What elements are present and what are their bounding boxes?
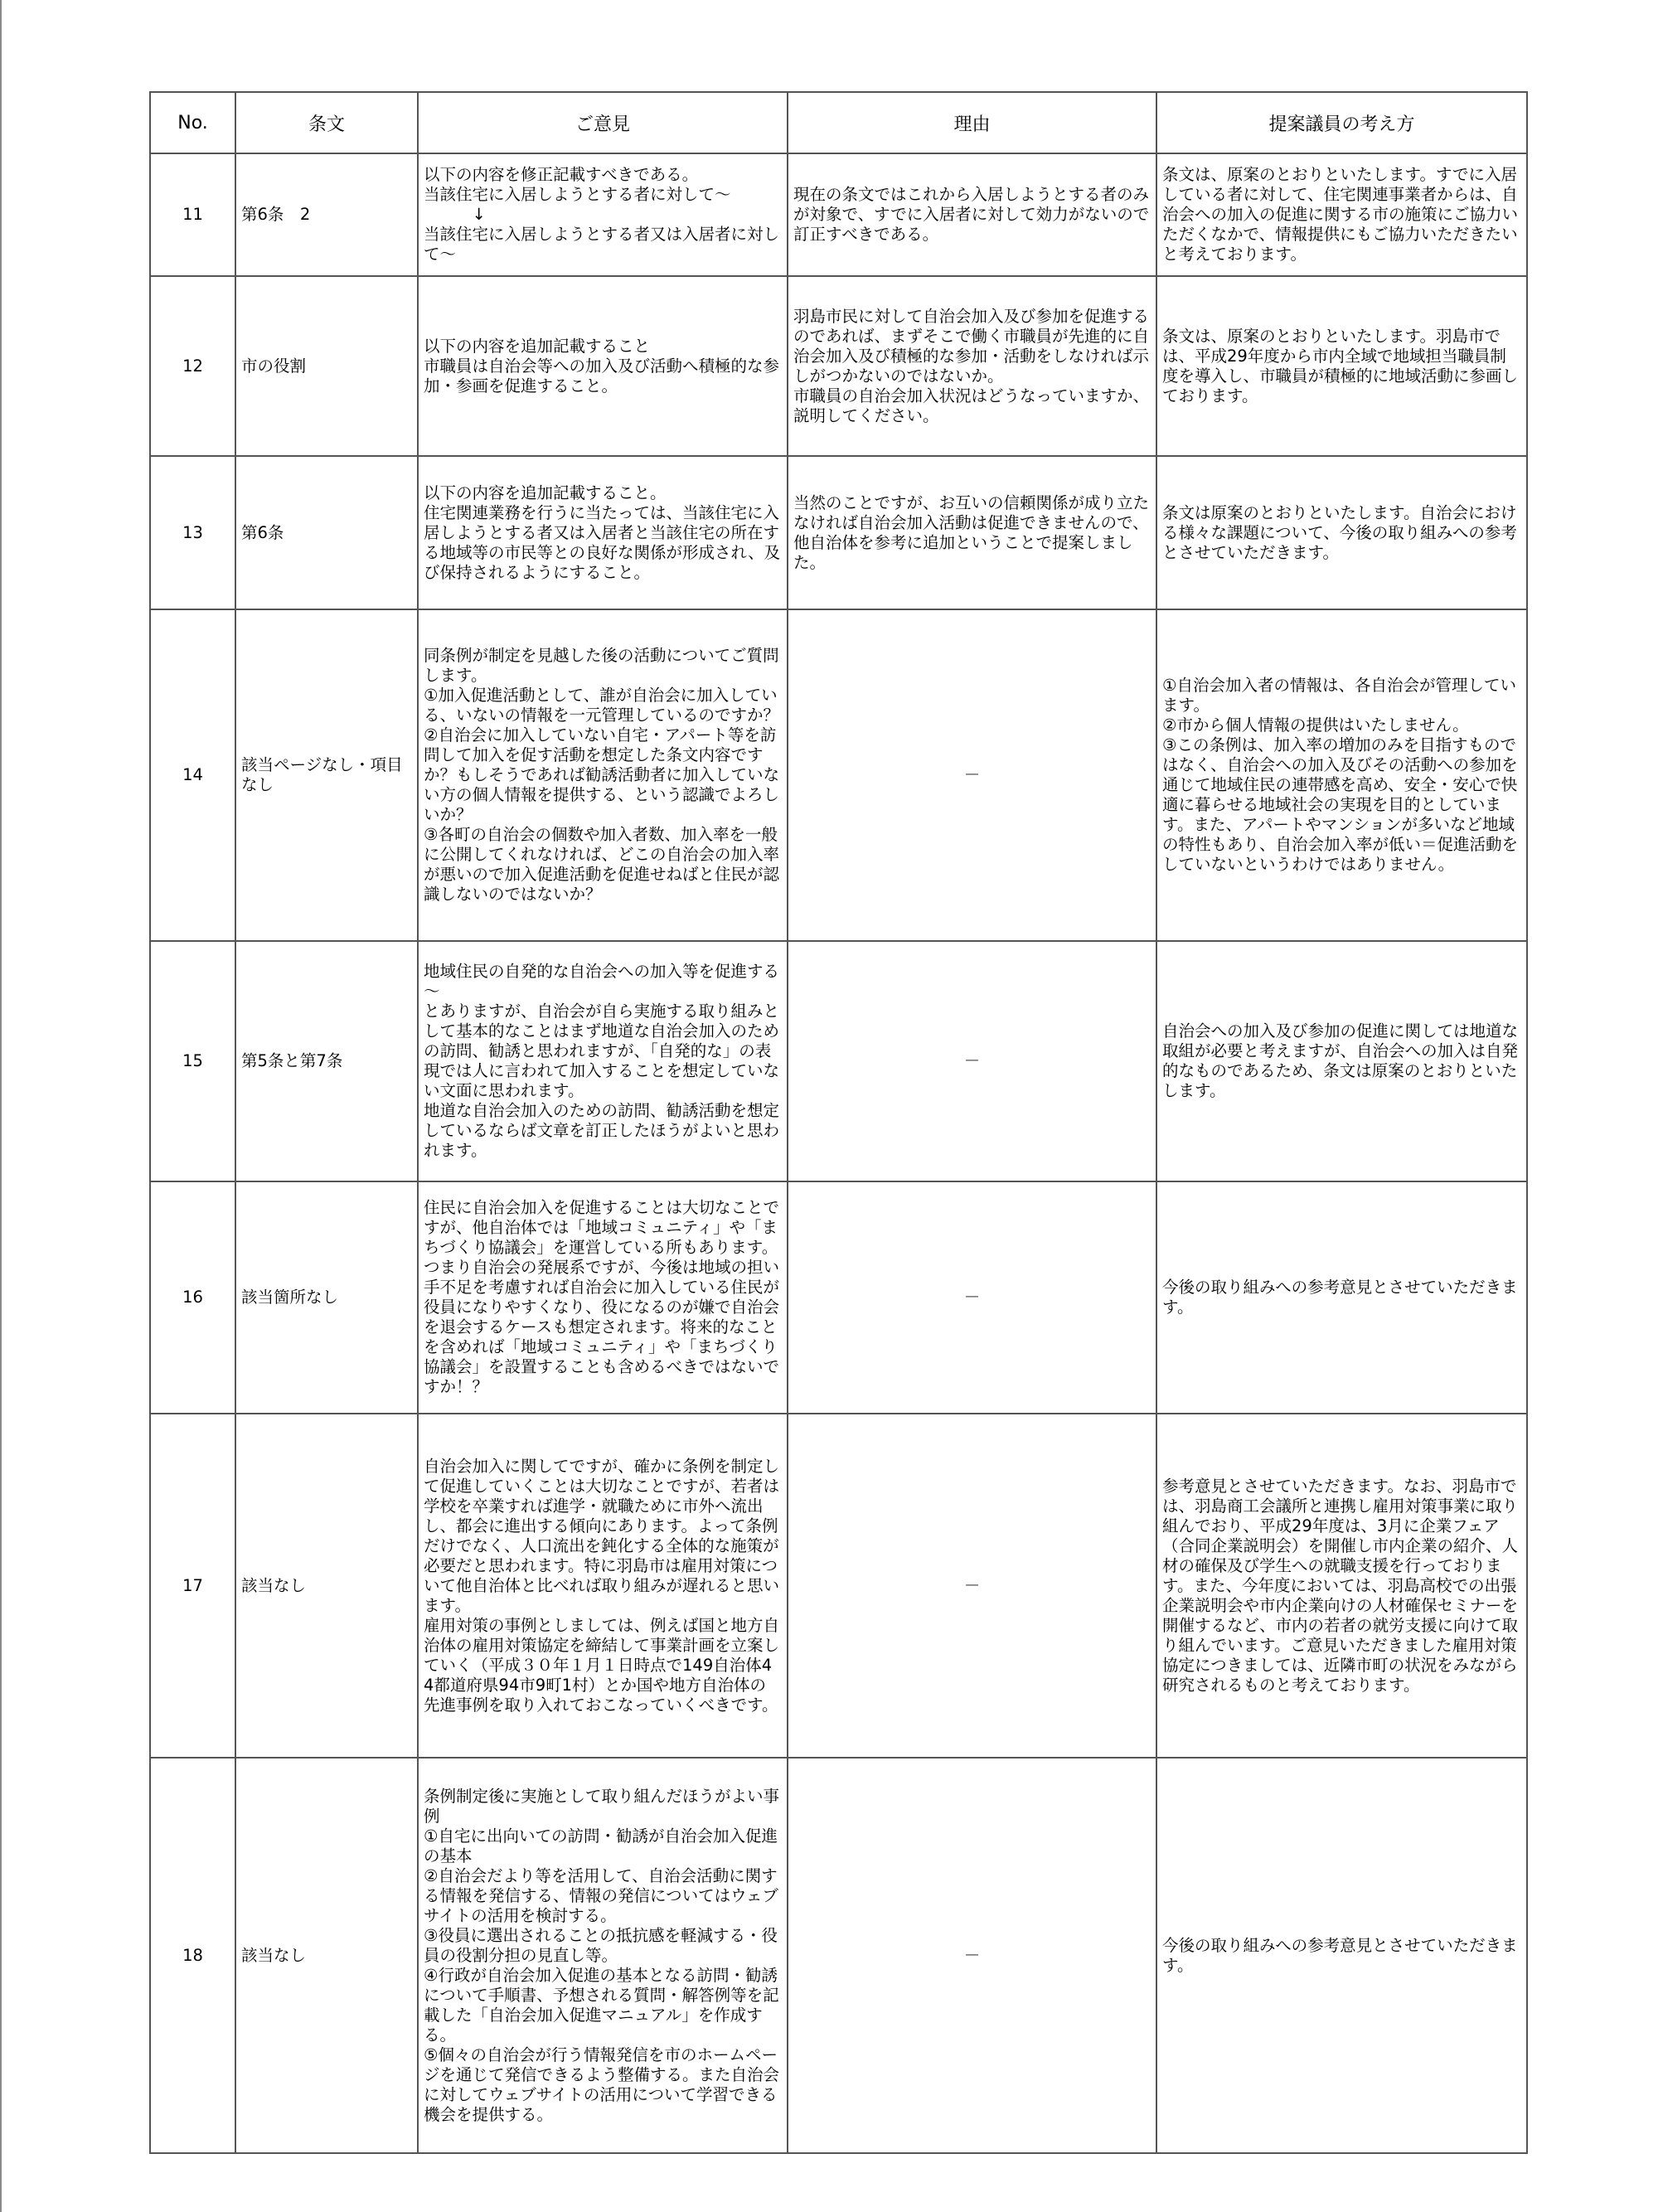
- row-opinion: 条例制定後に実施として取り組んだほうがよい事例 ①自宅に出向いての訪問・勧誘が自…: [418, 1758, 788, 2153]
- page-edge-line: [0, 0, 2, 2212]
- row-no: 14: [150, 609, 235, 941]
- row-article: 第6条 2: [235, 153, 418, 276]
- header-reason: 理由: [788, 92, 1156, 153]
- row-opinion: 以下の内容を修正記載すべきである。 当該住宅に入居しようとする者に対して～ ↓ …: [418, 153, 788, 276]
- table-row: 13 第6条 以下の内容を追加記載すること。 住宅関連業務を行うに当たっては、当…: [150, 456, 1527, 609]
- public-comment-table: No. 条文 ご意見 理由 提案議員の考え方 11 第6条 2 以下の内容を修正…: [149, 91, 1528, 2154]
- row-proposer-view: 今後の取り組みへの参考意見とさせていただきます。: [1156, 1758, 1527, 2153]
- row-proposer-view: 今後の取り組みへの参考意見とさせていただきます。: [1156, 1181, 1527, 1414]
- table-row: 12 市の役割 以下の内容を追加記載すること 市職員は自治会等への加入及び活動へ…: [150, 276, 1527, 456]
- row-no: 18: [150, 1758, 235, 2153]
- row-reason: 当然のことですが、お互いの信頼関係が成り立たなければ自治会加入活動は促進できませ…: [788, 456, 1156, 609]
- header-article: 条文: [235, 92, 418, 153]
- row-opinion: 住民に自治会加入を促進することは大切なことですが、他自治体では「地域コミュニティ…: [418, 1181, 788, 1414]
- table-row: 14 該当ページなし・項目なし 同条例が制定を見越した後の活動についてご質問しま…: [150, 609, 1527, 941]
- row-reason: －: [788, 1181, 1156, 1414]
- row-proposer-view: 条文は原案のとおりといたします。自治会における様々な課題について、今後の取り組み…: [1156, 456, 1527, 609]
- row-article: 市の役割: [235, 276, 418, 456]
- row-article: 該当ページなし・項目なし: [235, 609, 418, 941]
- row-reason: 現在の条文ではこれから入居しようとする者のみが対象で、すでに入居者に対して効力が…: [788, 153, 1156, 276]
- row-article: 該当なし: [235, 1758, 418, 2153]
- row-no: 12: [150, 276, 235, 456]
- row-no: 11: [150, 153, 235, 276]
- row-article: 該当箇所なし: [235, 1181, 418, 1414]
- row-opinion: 地域住民の自発的な自治会への加入等を促進する～ とありますが、自治会が自ら実施す…: [418, 941, 788, 1181]
- row-opinion: 以下の内容を追加記載すること。 住宅関連業務を行うに当たっては、当該住宅に入居し…: [418, 456, 788, 609]
- row-proposer-view: 条文は、原案のとおりといたします。羽島市では、平成29年度から市内全域で地域担当…: [1156, 276, 1527, 456]
- row-no: 16: [150, 1181, 235, 1414]
- row-no: 17: [150, 1414, 235, 1758]
- row-article: 第5条と第7条: [235, 941, 418, 1181]
- header-no: No.: [150, 92, 235, 153]
- table-header-row: No. 条文 ご意見 理由 提案議員の考え方: [150, 92, 1527, 153]
- row-reason: －: [788, 941, 1156, 1181]
- row-proposer-view: 参考意見とさせていただきます。なお、羽島市では、羽島商工会議所と連携し雇用対策事…: [1156, 1414, 1527, 1758]
- row-proposer-view: ①自治会加入者の情報は、各自治会が管理しています。 ②市から個人情報の提供はいた…: [1156, 609, 1527, 941]
- row-article: 第6条: [235, 456, 418, 609]
- row-reason: －: [788, 609, 1156, 941]
- row-opinion: 自治会加入に関してですが、確かに条例を制定して促進していくことは大切なことですが…: [418, 1414, 788, 1758]
- row-reason: －: [788, 1758, 1156, 2153]
- table-row: 16 該当箇所なし 住民に自治会加入を促進することは大切なことですが、他自治体で…: [150, 1181, 1527, 1414]
- row-opinion: 同条例が制定を見越した後の活動についてご質問します。 ①加入促進活動として、誰が…: [418, 609, 788, 941]
- row-article: 該当なし: [235, 1414, 418, 1758]
- row-opinion: 以下の内容を追加記載すること 市職員は自治会等への加入及び活動へ積極的な参加・参…: [418, 276, 788, 456]
- row-proposer-view: 自治会への加入及び参加の促進に関しては地道な取組が必要と考えますが、自治会への加…: [1156, 941, 1527, 1181]
- row-reason: 羽島市民に対して自治会加入及び参加を促進するのであれば、まずそこで働く市職員が先…: [788, 276, 1156, 456]
- table-row: 15 第5条と第7条 地域住民の自発的な自治会への加入等を促進する～ とあります…: [150, 941, 1527, 1181]
- row-reason: －: [788, 1414, 1156, 1758]
- table-row: 11 第6条 2 以下の内容を修正記載すべきである。 当該住宅に入居しようとする…: [150, 153, 1527, 276]
- table-row: 17 該当なし 自治会加入に関してですが、確かに条例を制定して促進していくことは…: [150, 1414, 1527, 1758]
- header-proposer-view: 提案議員の考え方: [1156, 92, 1527, 153]
- row-no: 13: [150, 456, 235, 609]
- row-no: 15: [150, 941, 235, 1181]
- row-proposer-view: 条文は、原案のとおりといたします。すでに入居している者に対して、住宅関連事業者か…: [1156, 153, 1527, 276]
- header-opinion: ご意見: [418, 92, 788, 153]
- table-row: 18 該当なし 条例制定後に実施として取り組んだほうがよい事例 ①自宅に出向いて…: [150, 1758, 1527, 2153]
